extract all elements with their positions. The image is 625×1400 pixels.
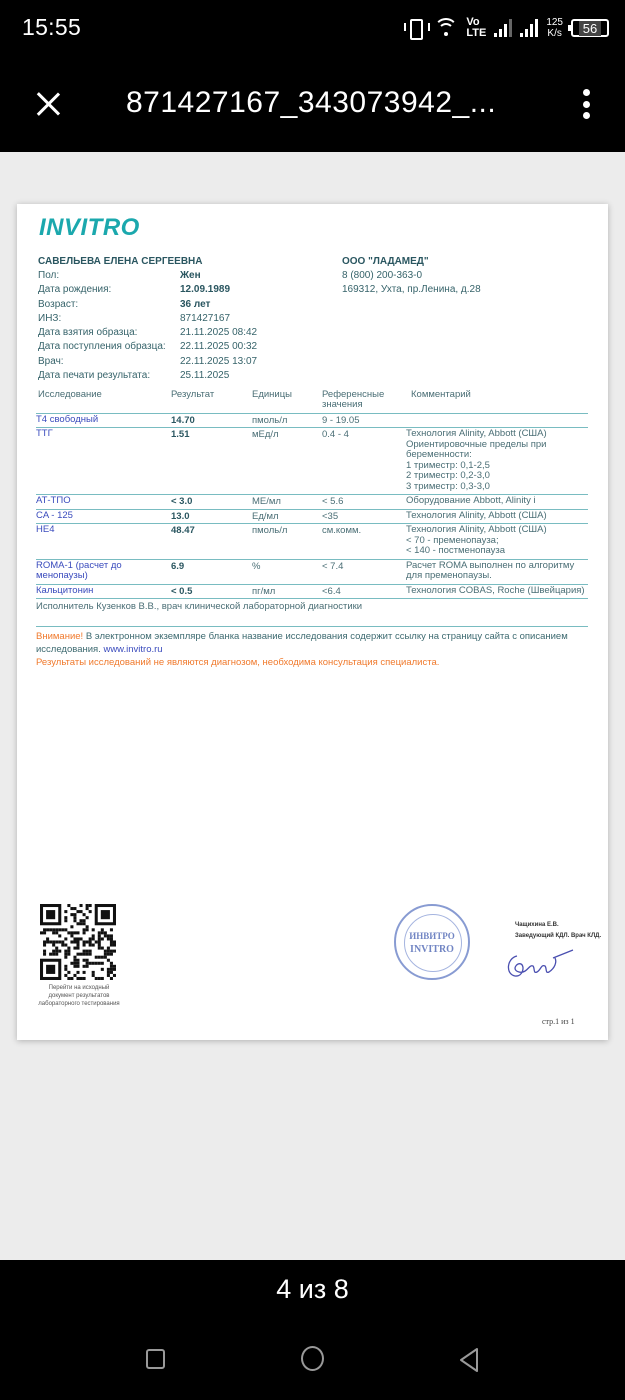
table-row: CA - 12513.0Ед/мл<35Технология Alinity, … bbox=[36, 510, 588, 525]
invitro-logo: INVITRO bbox=[39, 214, 140, 242]
test-comment: Технология Alinity, Abbott (США) bbox=[406, 511, 588, 522]
stamp: ИНВИТРО INVITRO bbox=[394, 904, 470, 980]
info-label: Возраст: bbox=[38, 299, 78, 310]
close-icon[interactable] bbox=[30, 86, 66, 122]
info-value: 21.11.2025 08:42 bbox=[180, 327, 257, 338]
test-units: пмоль/л bbox=[252, 525, 287, 536]
test-units: % bbox=[252, 561, 260, 572]
test-name-link[interactable]: Т4 свободный bbox=[36, 415, 161, 426]
test-comment: Технология COBAS, Roche (Швейцария) bbox=[406, 586, 588, 597]
test-name-link[interactable]: ROMA-1 (расчет до менопаузы) bbox=[36, 561, 161, 582]
performer: Исполнитель Кузенков В.В., врач клиничес… bbox=[36, 601, 362, 612]
signer: Чащихина Е.В. Заведующий КДЛ. Врач КЛД. bbox=[515, 920, 601, 942]
stamp-text-en: INVITRO bbox=[406, 944, 458, 955]
test-units: МЕ/мл bbox=[252, 496, 281, 507]
qr-caption: Перейти на исходный документ результатов… bbox=[35, 984, 123, 1008]
info-value: 12.09.1989 bbox=[180, 284, 230, 295]
info-value: 25.11.2025 bbox=[180, 370, 229, 381]
test-comment: Расчет ROMA выполнен по алгоритму для пр… bbox=[406, 561, 588, 582]
qr-code[interactable] bbox=[40, 904, 116, 980]
patient-name: САВЕЛЬЕВА ЕЛЕНА СЕРГЕЕВНА bbox=[38, 256, 203, 267]
test-reference: <35 bbox=[322, 511, 338, 522]
test-reference: < 5.6 bbox=[322, 496, 343, 507]
patient-info-row: Врач:22.11.2025 13:07 bbox=[38, 356, 338, 370]
battery-icon: 56 bbox=[571, 19, 609, 37]
test-result: 6.9 bbox=[171, 561, 184, 572]
test-name-link[interactable]: ТТГ bbox=[36, 429, 161, 440]
info-label: Врач: bbox=[38, 356, 64, 367]
test-result: < 0.5 bbox=[171, 586, 192, 597]
page-number: стр.1 из 1 bbox=[542, 1017, 575, 1026]
home-icon[interactable] bbox=[301, 1346, 324, 1371]
invitro-link[interactable]: www.invitro.ru bbox=[103, 644, 162, 655]
test-comment: Технология Alinity, Abbott (США) < 70 - … bbox=[406, 525, 588, 557]
signal-icon bbox=[494, 19, 512, 37]
lab-address: 169312, Ухта, пр.Ленина, д.28 bbox=[342, 284, 481, 295]
test-reference: <6.4 bbox=[322, 586, 341, 597]
info-value: Жен bbox=[180, 270, 201, 281]
table-row: ROMA-1 (расчет до менопаузы)6.9%< 7.4Рас… bbox=[36, 560, 588, 585]
table-row: Т4 свободный14.70пмоль/л9 - 19.05 bbox=[36, 414, 588, 428]
test-units: мЕд/л bbox=[252, 429, 279, 440]
patient-info-row: Дата поступления образца:22.11.2025 00:3… bbox=[38, 341, 338, 355]
page-counter: 4 из 8 bbox=[0, 1274, 625, 1305]
document-viewer[interactable]: INVITRO САВЕЛЬЕВА ЕЛЕНА СЕРГЕЕВНА Пол:Же… bbox=[0, 152, 625, 1260]
stamp-text-ru: ИНВИТРО bbox=[406, 931, 458, 941]
info-label: Дата поступления образца: bbox=[38, 341, 166, 352]
test-result: 13.0 bbox=[171, 511, 190, 522]
patient-info-row: ИНЗ:871427167 bbox=[38, 313, 338, 327]
test-result: 14.70 bbox=[171, 415, 195, 426]
wifi-icon bbox=[434, 18, 458, 38]
header-test: Исследование bbox=[38, 390, 102, 400]
bottom-bar: 4 из 8 bbox=[0, 1260, 625, 1400]
status-bar: 15:55 Vo LTE 125 K/s 56 bbox=[0, 0, 625, 58]
results-table: Исследование Результат Единицы Референсн… bbox=[36, 390, 588, 599]
patient-info: Пол:ЖенДата рождения:12.09.1989Возраст:3… bbox=[38, 270, 338, 384]
lab-name: ООО "ЛАДАМЕД" bbox=[342, 256, 429, 267]
info-value: 22.11.2025 13:07 bbox=[180, 356, 257, 367]
test-comment: Технология Alinity, Abbott (США) Ориенти… bbox=[406, 429, 588, 492]
test-units: пг/мл bbox=[252, 586, 275, 597]
info-value: 871427167 bbox=[180, 313, 230, 324]
lab-phone: 8 (800) 200-363-0 bbox=[342, 270, 422, 281]
info-label: ИНЗ: bbox=[38, 313, 61, 324]
notice: Внимание! В электронном экземпляре бланк… bbox=[36, 626, 588, 669]
test-comment: Оборудование Abbott, Alinity i bbox=[406, 496, 588, 507]
battery-level: 56 bbox=[579, 21, 601, 36]
speed-unit: K/s bbox=[546, 28, 563, 39]
test-result: 48.47 bbox=[171, 525, 195, 536]
speed-value: 125 bbox=[546, 17, 563, 28]
info-value: 22.11.2025 00:32 bbox=[180, 341, 257, 352]
patient-info-row: Дата рождения:12.09.1989 bbox=[38, 284, 338, 298]
status-icons: Vo LTE 125 K/s 56 bbox=[404, 14, 609, 42]
document-page: INVITRO САВЕЛЬЕВА ЕЛЕНА СЕРГЕЕВНА Пол:Же… bbox=[17, 204, 608, 1040]
test-reference: 0.4 - 4 bbox=[322, 429, 349, 440]
test-name-link[interactable]: HE4 bbox=[36, 525, 161, 536]
vibrate-icon bbox=[404, 18, 426, 38]
test-result: < 3.0 bbox=[171, 496, 192, 507]
test-name-link[interactable]: CA - 125 bbox=[36, 511, 161, 522]
signer-position: Заведующий КДЛ. Врач КЛД. bbox=[515, 931, 601, 942]
signer-name: Чащихина Е.В. bbox=[515, 920, 601, 931]
info-label: Дата рождения: bbox=[38, 284, 111, 295]
app-bar: 871427167_343073942_... bbox=[0, 58, 625, 152]
status-time: 15:55 bbox=[22, 14, 81, 41]
table-header: Исследование Результат Единицы Референсн… bbox=[36, 390, 588, 414]
test-reference: < 7.4 bbox=[322, 561, 343, 572]
test-name-link[interactable]: Кальцитонин bbox=[36, 586, 161, 597]
disclaimer: Результаты исследований не являются диаг… bbox=[36, 656, 588, 669]
more-vert-icon[interactable] bbox=[575, 86, 597, 122]
header-reference: Референсные значения bbox=[322, 390, 384, 410]
info-label: Дата печати результата: bbox=[38, 370, 150, 381]
table-row: ТТГ1.51мЕд/л0.4 - 4Технология Alinity, A… bbox=[36, 428, 588, 495]
signal-icon bbox=[520, 19, 538, 37]
recents-icon[interactable] bbox=[146, 1349, 165, 1369]
test-name-link[interactable]: АТ-ТПО bbox=[36, 496, 161, 507]
volte-icon: Vo LTE bbox=[466, 17, 486, 39]
info-label: Пол: bbox=[38, 270, 59, 281]
patient-info-row: Дата взятия образца:21.11.2025 08:42 bbox=[38, 327, 338, 341]
test-reference: 9 - 19.05 bbox=[322, 415, 360, 426]
test-reference: см.комм. bbox=[322, 525, 361, 536]
test-result: 1.51 bbox=[171, 429, 190, 440]
back-icon[interactable] bbox=[457, 1347, 481, 1373]
test-units: Ед/мл bbox=[252, 511, 279, 522]
info-value: 36 лет bbox=[180, 299, 210, 310]
notice-attention: Внимание! bbox=[36, 631, 83, 642]
patient-info-row: Возраст:36 лет bbox=[38, 299, 338, 313]
table-row: HE448.47пмоль/лсм.комм.Технология Alinit… bbox=[36, 524, 588, 560]
test-units: пмоль/л bbox=[252, 415, 287, 426]
network-speed: 125 K/s bbox=[546, 17, 563, 39]
patient-info-row: Дата печати результата:25.11.2025 bbox=[38, 370, 338, 384]
header-comment: Комментарий bbox=[411, 390, 471, 400]
header-result: Результат bbox=[171, 390, 214, 400]
table-row: Кальцитонин< 0.5пг/мл<6.4Технология COBA… bbox=[36, 585, 588, 600]
info-label: Дата взятия образца: bbox=[38, 327, 137, 338]
volte-label-bottom: LTE bbox=[466, 28, 486, 39]
header-units: Единицы bbox=[252, 390, 292, 400]
table-row: АТ-ТПО< 3.0МЕ/мл< 5.6Оборудование Abbott… bbox=[36, 495, 588, 510]
file-title: 871427167_343073942_... bbox=[126, 86, 546, 120]
signature bbox=[497, 944, 577, 984]
patient-info-row: Пол:Жен bbox=[38, 270, 338, 284]
